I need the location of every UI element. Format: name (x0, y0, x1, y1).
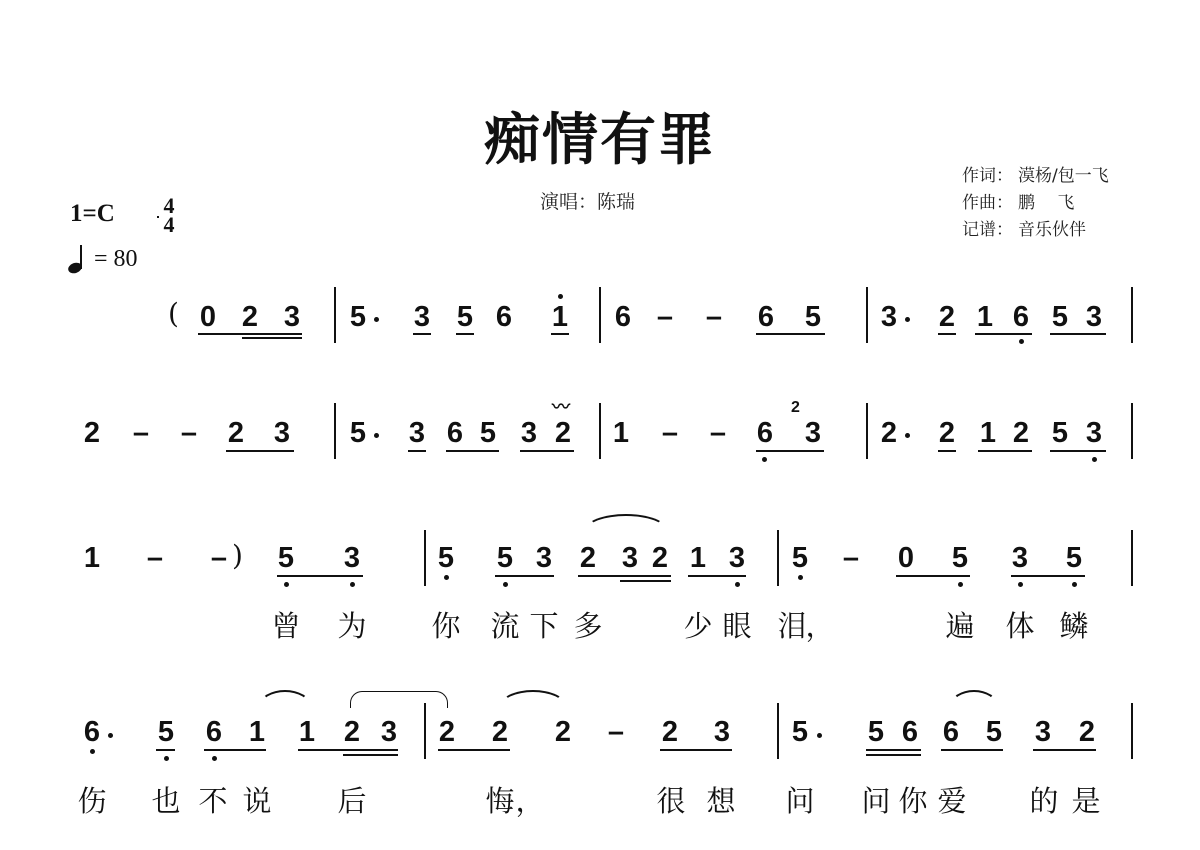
underline (456, 333, 474, 335)
aug-dot (374, 433, 379, 438)
dash: – (653, 302, 677, 332)
slur (259, 690, 311, 706)
barline (866, 287, 868, 343)
dash: – (658, 418, 682, 448)
note: 5 (1048, 302, 1072, 332)
underline (198, 333, 302, 335)
lyric: 体 (1000, 604, 1040, 645)
note: 0 (894, 543, 918, 573)
note: 2 (658, 717, 682, 747)
barline (1131, 287, 1133, 343)
note: 5 (1048, 418, 1072, 448)
low-dot (164, 756, 169, 761)
note: 6 (202, 717, 226, 747)
high-dot (558, 294, 563, 299)
dash: – (207, 543, 231, 573)
underline (620, 580, 671, 582)
note: 3 (280, 302, 304, 332)
note: 2 (576, 543, 600, 573)
low-dot (1092, 457, 1097, 462)
note: 6 (898, 717, 922, 747)
lyric: 不 (193, 779, 233, 820)
low-dot (735, 582, 740, 587)
lyric: 问 (856, 779, 896, 820)
note: 5 (346, 302, 370, 332)
note: 5 (154, 717, 178, 747)
note: 2 (1009, 418, 1033, 448)
underline (578, 575, 671, 577)
note: 1 (976, 418, 1000, 448)
slur (500, 690, 566, 706)
underline (1033, 749, 1096, 751)
underline (156, 749, 175, 751)
composer-credit: 作曲：鹏 飞 (962, 190, 1109, 217)
mordent-icon: 〰 (552, 393, 567, 419)
lyric: ， (800, 604, 840, 645)
lyric: 眼 (717, 604, 757, 645)
lyric: 的 (1024, 779, 1064, 820)
tie-bracket (350, 691, 448, 708)
low-dot (350, 582, 355, 587)
note: 5 (801, 302, 825, 332)
note: 2 (877, 418, 901, 448)
note: 3 (1031, 717, 1055, 747)
lyric: 后 (332, 779, 372, 820)
note: 3 (618, 543, 642, 573)
lyric: 也 (146, 779, 186, 820)
dash: – (143, 543, 167, 573)
low-dot (90, 749, 95, 754)
key-signature: 1=C (70, 200, 115, 228)
barline (334, 287, 336, 343)
underline (495, 575, 554, 577)
underline (343, 754, 398, 756)
note: 2 (648, 543, 672, 573)
note: 3 (710, 717, 734, 747)
note: 2 (488, 717, 512, 747)
singer-credit: 演唱：陈瑞 (540, 187, 635, 214)
note: 1 (686, 543, 710, 573)
underline (896, 575, 970, 577)
barline (1131, 403, 1133, 459)
lyric: 说 (237, 779, 277, 820)
lyric: 曾 (266, 604, 306, 645)
note: 2 (224, 418, 248, 448)
low-dot (1018, 582, 1023, 587)
note: 3 (517, 418, 541, 448)
aug-dot (108, 733, 113, 738)
note: 3 (877, 302, 901, 332)
dash: – (706, 418, 730, 448)
note: 2 (435, 717, 459, 747)
lyric: 想 (701, 779, 741, 820)
lyric: 鳞 (1054, 604, 1094, 645)
note: 5 (453, 302, 477, 332)
time-signature: 4 4 (157, 196, 181, 234)
note: 1 (80, 543, 104, 573)
lyric: 多 (568, 604, 608, 645)
barline (599, 287, 601, 343)
dash: – (604, 717, 628, 747)
underline (866, 749, 921, 751)
note: 2 (551, 418, 575, 448)
underline (413, 333, 431, 335)
tempo-marking: = 80 (68, 245, 138, 273)
aug-dot (905, 433, 910, 438)
lyric: 少 (678, 604, 718, 645)
lyric: 遍 (940, 604, 980, 645)
note: 3 (340, 543, 364, 573)
underline (242, 337, 302, 339)
barline (424, 530, 426, 586)
underline (941, 749, 1003, 751)
aug-dot (905, 317, 910, 322)
note: 1 (609, 418, 633, 448)
note: 3 (1008, 543, 1032, 573)
underline (1011, 575, 1085, 577)
dash: – (177, 418, 201, 448)
underline (298, 749, 398, 751)
note: 3 (801, 418, 825, 448)
low-dot (503, 582, 508, 587)
note: 3 (1082, 418, 1106, 448)
note: 1 (973, 302, 997, 332)
low-dot (798, 575, 803, 580)
underline (438, 749, 510, 751)
note: 5 (493, 543, 517, 573)
aug-dot (817, 733, 822, 738)
note: 3 (725, 543, 749, 573)
note: 2 (935, 418, 959, 448)
note: 1 (245, 717, 269, 747)
low-dot (284, 582, 289, 587)
lyric: 很 (651, 779, 691, 820)
note: 3 (377, 717, 401, 747)
credits-block: 作词：漠杨/包一飞 作曲：鹏 飞 记谱：音乐伙伴 (962, 163, 1109, 244)
lyric: 伤 (72, 779, 112, 820)
underline (204, 749, 266, 751)
lyric: 流 (485, 604, 525, 645)
note: 2 (80, 418, 104, 448)
note: 2 (340, 717, 364, 747)
lyric: 你 (426, 604, 466, 645)
barline (334, 403, 336, 459)
underline (938, 450, 956, 452)
grace-note: 2 (791, 399, 800, 417)
underline (756, 450, 824, 452)
lyric: 问 (780, 779, 820, 820)
note: 5 (346, 418, 370, 448)
underline (688, 575, 746, 577)
note: 5 (788, 543, 812, 573)
barline (777, 703, 779, 759)
slur (585, 514, 667, 530)
slur (950, 690, 998, 706)
low-dot (212, 756, 217, 761)
dash: – (129, 418, 153, 448)
underline (551, 333, 569, 335)
lyric: 为 (332, 604, 372, 645)
barline (599, 403, 601, 459)
note: 6 (939, 717, 963, 747)
note: 0 (196, 302, 220, 332)
underline (975, 333, 1032, 335)
underline (408, 450, 426, 452)
note: 3 (405, 418, 429, 448)
low-dot (958, 582, 963, 587)
dash: – (702, 302, 726, 332)
note: 6 (754, 302, 778, 332)
barline (1131, 703, 1133, 759)
note: 2 (238, 302, 262, 332)
underline (938, 333, 956, 335)
note: 1 (548, 302, 572, 332)
note: 6 (611, 302, 635, 332)
note: 6 (80, 717, 104, 747)
dash: – (839, 543, 863, 573)
underline (226, 450, 294, 452)
lyricist-credit: 作词：漠杨/包一飞 (962, 163, 1109, 190)
low-dot (1019, 339, 1024, 344)
note: 2 (1075, 717, 1099, 747)
note: 1 (295, 717, 319, 747)
open-paren: ( (168, 297, 179, 330)
note: 5 (476, 418, 500, 448)
note: 5 (982, 717, 1006, 747)
barline (777, 530, 779, 586)
note: 5 (948, 543, 972, 573)
note: 5 (274, 543, 298, 573)
note: 6 (1009, 302, 1033, 332)
underline (978, 450, 1032, 452)
underline (520, 450, 574, 452)
underline (446, 450, 499, 452)
note: 6 (443, 418, 467, 448)
note: 3 (532, 543, 556, 573)
aug-dot (374, 317, 379, 322)
underline (756, 333, 825, 335)
note: 2 (551, 717, 575, 747)
underline (277, 575, 363, 577)
barline (866, 403, 868, 459)
note: 5 (434, 543, 458, 573)
underline (660, 749, 732, 751)
note: 2 (935, 302, 959, 332)
low-dot (444, 575, 449, 580)
low-dot (762, 457, 767, 462)
barline (424, 703, 426, 759)
lyric: 是 (1066, 779, 1106, 820)
underline (1050, 333, 1106, 335)
note: 3 (1082, 302, 1106, 332)
lyric: 爱 (932, 779, 972, 820)
note: 5 (788, 717, 812, 747)
low-dot (1072, 582, 1077, 587)
underline (866, 754, 921, 756)
lyric: 你 (893, 779, 933, 820)
close-paren: ) (232, 539, 243, 572)
note: 5 (1062, 543, 1086, 573)
note: 6 (492, 302, 516, 332)
quarter-note-icon (68, 245, 84, 273)
lyric: ， (510, 779, 550, 820)
barline (1131, 530, 1133, 586)
note: 5 (864, 717, 888, 747)
lyric: 下 (524, 604, 564, 645)
underline (1050, 450, 1106, 452)
note: 3 (270, 418, 294, 448)
note: 3 (410, 302, 434, 332)
transcriber-credit: 记谱：音乐伙伴 (962, 217, 1109, 244)
note: 6 (753, 418, 777, 448)
